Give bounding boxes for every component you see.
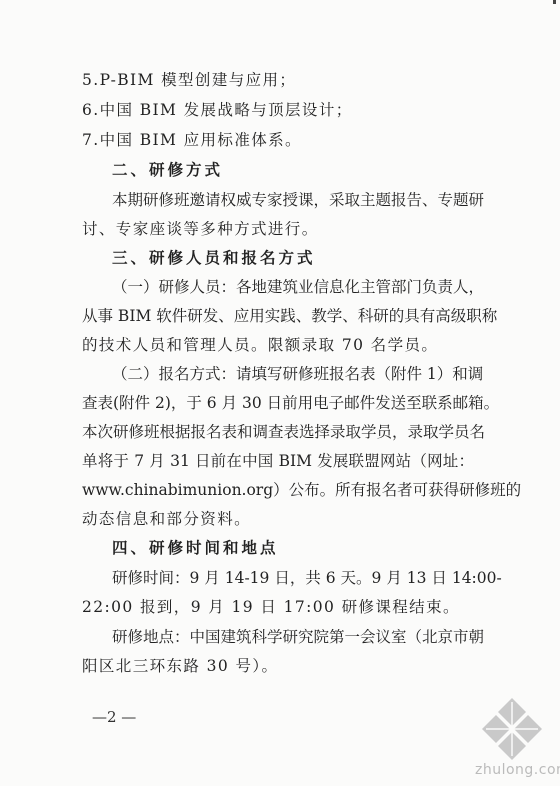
page-number: —2 —: [92, 708, 136, 726]
paragraph-line: 动态信息和部分资料。: [82, 509, 474, 529]
watermark-text: zhulong.com: [475, 762, 560, 778]
scan-mark: [553, 0, 556, 4]
paragraph-line: （一）研修人员：各地建筑业信息化主管部门负责人，: [112, 277, 474, 297]
section-heading-4: 四、研修时间和地点: [112, 538, 474, 558]
document-page: 5.P-BIM 模型创建与应用； 6.中国 BIM 发展战略与顶层设计； 7.中…: [0, 0, 560, 786]
list-item-7: 7.中国 BIM 应用标准体系。: [82, 130, 474, 150]
paragraph-line: 查表(附件 2)，于 6 月 30 日前用电子邮件发送至联系邮箱。: [82, 393, 474, 413]
paragraph-line: 从事 BIM 软件研发、应用实践、教学、科研的具有高级职称: [82, 306, 474, 326]
paragraph-line: 单将于 7 月 31 日前在中国 BIM 发展联盟网站（网址：: [82, 451, 474, 471]
paragraph-line: 研修时间：9 月 14-19 日，共 6 天。9 月 13 日 14:00-: [112, 568, 474, 588]
paragraph-line-url: www.chinabimunion.org）公布。所有报名者可获得研修班的: [82, 480, 474, 500]
paragraph-line: 本期研修班邀请权威专家授课，采取主题报告、专题研: [112, 190, 474, 210]
paragraph-line: 本次研修班根据报名表和调查表选择录取学员，录取学员名: [82, 422, 474, 442]
section-heading-3: 三、研修人员和报名方式: [112, 248, 474, 268]
zhulong-logo-icon: [482, 698, 542, 760]
list-item-5: 5.P-BIM 模型创建与应用；: [82, 70, 474, 90]
paragraph-line: 的技术人员和管理人员。限额录取 70 名学员。: [82, 335, 474, 355]
paragraph-line: 研修地点：中国建筑科学研究院第一会议室（北京市朝: [112, 627, 474, 647]
list-item-6: 6.中国 BIM 发展战略与顶层设计；: [82, 100, 474, 120]
section-heading-2: 二、研修方式: [112, 160, 474, 180]
paragraph-line: 22:00 报到，9 月 19 日 17:00 研修课程结束。: [82, 597, 474, 617]
paragraph-line: （二）报名方式：请填写研修班报名表（附件 1）和调: [112, 364, 474, 384]
paragraph-line: 阳区北三环东路 30 号）。: [82, 656, 474, 676]
paragraph-line: 讨、专家座谈等多种方式进行。: [82, 219, 474, 239]
